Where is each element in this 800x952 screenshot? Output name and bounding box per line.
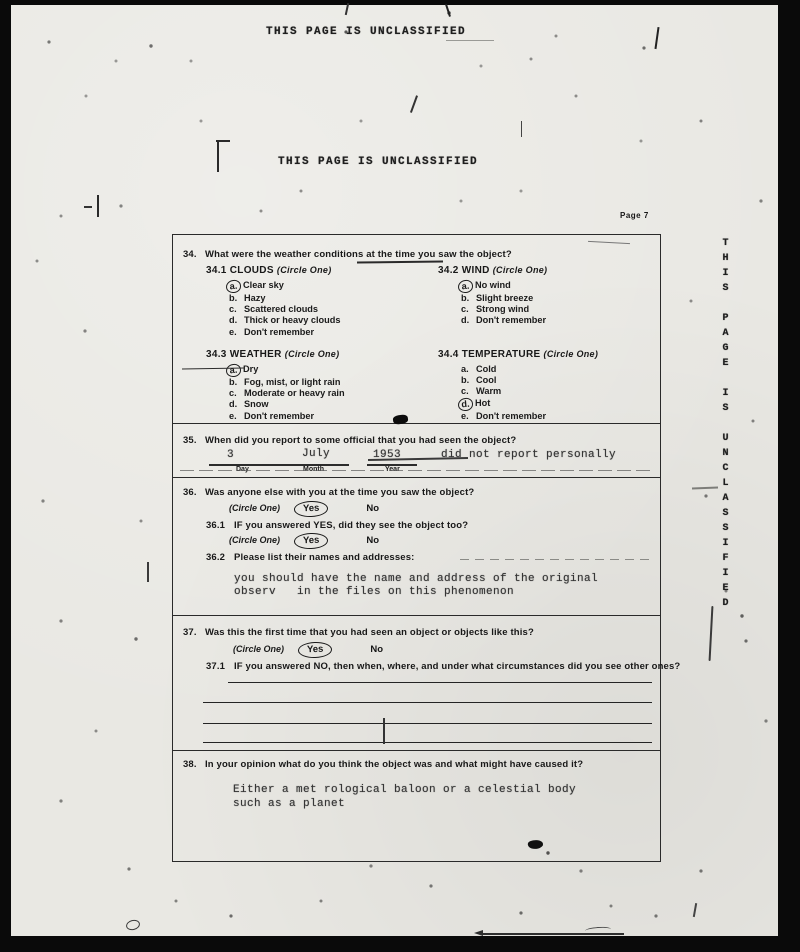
unclassified-banner-top: THIS PAGE IS UNCLASSIFIED	[266, 26, 466, 38]
q35-text: 35.When did you report to some official …	[183, 435, 516, 446]
scan-scratch	[97, 195, 99, 217]
q35-year-answer: 1953	[373, 449, 401, 463]
scan-edge-bottom	[0, 936, 800, 952]
option-no-wind: a.No wind	[461, 280, 547, 293]
q34-text: 34.What were the weather conditions at t…	[183, 249, 512, 260]
scan-edge-left	[0, 0, 11, 952]
option-dont-remember: e.Don't remember	[461, 411, 598, 422]
option-dont-remember: d.Don't remember	[461, 315, 547, 326]
q36-1-circle-one-label: (Circle One)	[229, 535, 280, 545]
q34-1-clouds: 34.1 CLOUDS (Circle One) a.Clear sky b.H…	[206, 265, 341, 338]
yes-circled: Yes	[298, 641, 333, 658]
answer-line	[203, 723, 652, 724]
scan-edge-top	[0, 0, 800, 5]
answer-line	[203, 702, 652, 703]
q38-number: 38.	[183, 759, 205, 770]
answer-line	[228, 682, 652, 683]
scan-scratch	[147, 562, 149, 582]
q34-2-circle-one: (Circle One)	[493, 265, 548, 275]
q35-month-answer: July	[302, 448, 330, 462]
q34-1-title: CLOUDS	[230, 265, 274, 276]
option-cold: a.Cold	[461, 364, 598, 375]
scan-line-arrow	[482, 933, 624, 935]
q36-1-number: 36.1	[206, 520, 234, 531]
q37-1-text: 37.1IF you answered NO, then when, where…	[206, 661, 680, 672]
option-strong-wind: c.Strong wind	[461, 304, 547, 315]
scan-scratch	[84, 206, 92, 208]
unclassified-banner-side: THIS PAGE IS UNCLASSIFIED	[720, 238, 731, 583]
arrowhead-icon	[474, 930, 483, 936]
section-q38: 38.In your opinion what do you think the…	[173, 751, 660, 863]
section-q34: 34.What were the weather conditions at t…	[173, 235, 660, 424]
option-hot: d.Hot	[461, 398, 598, 411]
circled-mark: a.	[225, 279, 241, 293]
option-dont-remember: e.Don't remember	[229, 411, 345, 422]
scan-faint-line	[446, 40, 494, 41]
option-fog-mist: b.Fog, mist, or light rain	[229, 377, 345, 388]
q34-2-title: WIND	[462, 265, 490, 276]
q38-answer-line2: such as a planet	[233, 798, 345, 812]
q36-text: 36.Was anyone else with you at the time …	[183, 487, 474, 498]
q36-2-text: 36.2Please list their names and addresse…	[206, 552, 414, 563]
circled-mark: a.	[457, 279, 473, 293]
q34-4-title: TEMPERATURE	[462, 349, 541, 360]
yes-circled: Yes	[294, 532, 329, 549]
scan-scratch	[383, 718, 385, 744]
circled-mark: d.	[457, 397, 473, 411]
questionnaire-form: 34.What were the weather conditions at t…	[172, 234, 661, 862]
no-option: No	[366, 535, 379, 546]
q34-3-weather: 34.3 WEATHER (Circle One) a.Dry b.Fog, m…	[206, 349, 345, 422]
q35-number: 35.	[183, 435, 205, 446]
answer-underline-long	[180, 470, 652, 471]
option-clear-sky: a.Clear sky	[229, 280, 341, 293]
q36-2-answer-line1: you should have the name and address of …	[234, 573, 598, 587]
q36-2-answer-line2: observ in the files on this phenomenon	[234, 586, 514, 600]
q35-note-answer: did not report personally	[441, 449, 616, 463]
q34-4-temperature: 34.4 TEMPERATURE (Circle One) a.Cold b.C…	[438, 349, 598, 422]
q34-1-number: 34.1	[206, 265, 227, 276]
q34-2-wind: 34.2 WIND (Circle One) a.No wind b.Sligh…	[438, 265, 547, 327]
q37-number: 37.	[183, 627, 205, 638]
q34-3-circle-one: (Circle One)	[285, 349, 340, 359]
option-warm: c.Warm	[461, 386, 598, 397]
q37-text: 37.Was this the first time that you had …	[183, 627, 534, 638]
q37-circle-row: (Circle One)YesNo	[233, 644, 383, 655]
circled-mark: a.	[225, 363, 241, 377]
q38-answer-line1: Either a met rological baloon or a celes…	[233, 784, 576, 798]
section-q36: 36.Was anyone else with you at the time …	[173, 478, 660, 616]
option-thick-clouds: d.Thick or heavy clouds	[229, 315, 341, 326]
q36-1-text: 36.1IF you answered YES, did they see th…	[206, 520, 468, 531]
q34-number: 34.	[183, 249, 205, 260]
section-q37: 37.Was this the first time that you had …	[173, 616, 660, 751]
q36-number: 36.	[183, 487, 205, 498]
scan-scratch	[521, 121, 522, 137]
q36-1-circle-row: (Circle One)YesNo	[229, 535, 379, 546]
q34-4-number: 34.4	[438, 349, 459, 360]
answer-line	[203, 742, 652, 743]
scan-bracket-mark	[217, 140, 219, 172]
q34-3-title: WEATHER	[230, 349, 282, 360]
q37-1-number: 37.1	[206, 661, 234, 672]
q34-3-number: 34.3	[206, 349, 227, 360]
unclassified-banner-middle: THIS PAGE IS UNCLASSIFIED	[278, 156, 478, 168]
option-scattered-clouds: c.Scattered clouds	[229, 304, 341, 315]
q36-2-number: 36.2	[206, 552, 234, 563]
q35-day-answer: 3	[227, 449, 234, 463]
q34-4-circle-one: (Circle One)	[544, 349, 599, 359]
q38-text: 38.In your opinion what do you think the…	[183, 759, 583, 770]
option-slight-breeze: b.Slight breeze	[461, 293, 547, 304]
option-dry: a.Dry	[229, 364, 345, 377]
q36-circle-one-label: (Circle One)	[229, 503, 280, 513]
q34-2-number: 34.2	[438, 265, 459, 276]
page-number: Page 7	[620, 211, 649, 220]
option-cool: b.Cool	[461, 375, 598, 386]
q34-1-circle-one: (Circle One)	[277, 265, 332, 275]
no-option: No	[370, 644, 383, 655]
yes-circled: Yes	[294, 500, 329, 517]
option-dont-remember: e.Don't remember	[229, 327, 341, 338]
scan-edge-right	[778, 0, 800, 952]
option-hazy: b.Hazy	[229, 293, 341, 304]
q37-circle-one-label: (Circle One)	[233, 644, 284, 654]
option-moderate-rain: c.Moderate or heavy rain	[229, 388, 345, 399]
q36-circle-row: (Circle One)YesNo	[229, 503, 379, 514]
option-snow: d.Snow	[229, 399, 345, 410]
no-option: No	[366, 503, 379, 514]
scan-faint-trail	[460, 559, 655, 560]
